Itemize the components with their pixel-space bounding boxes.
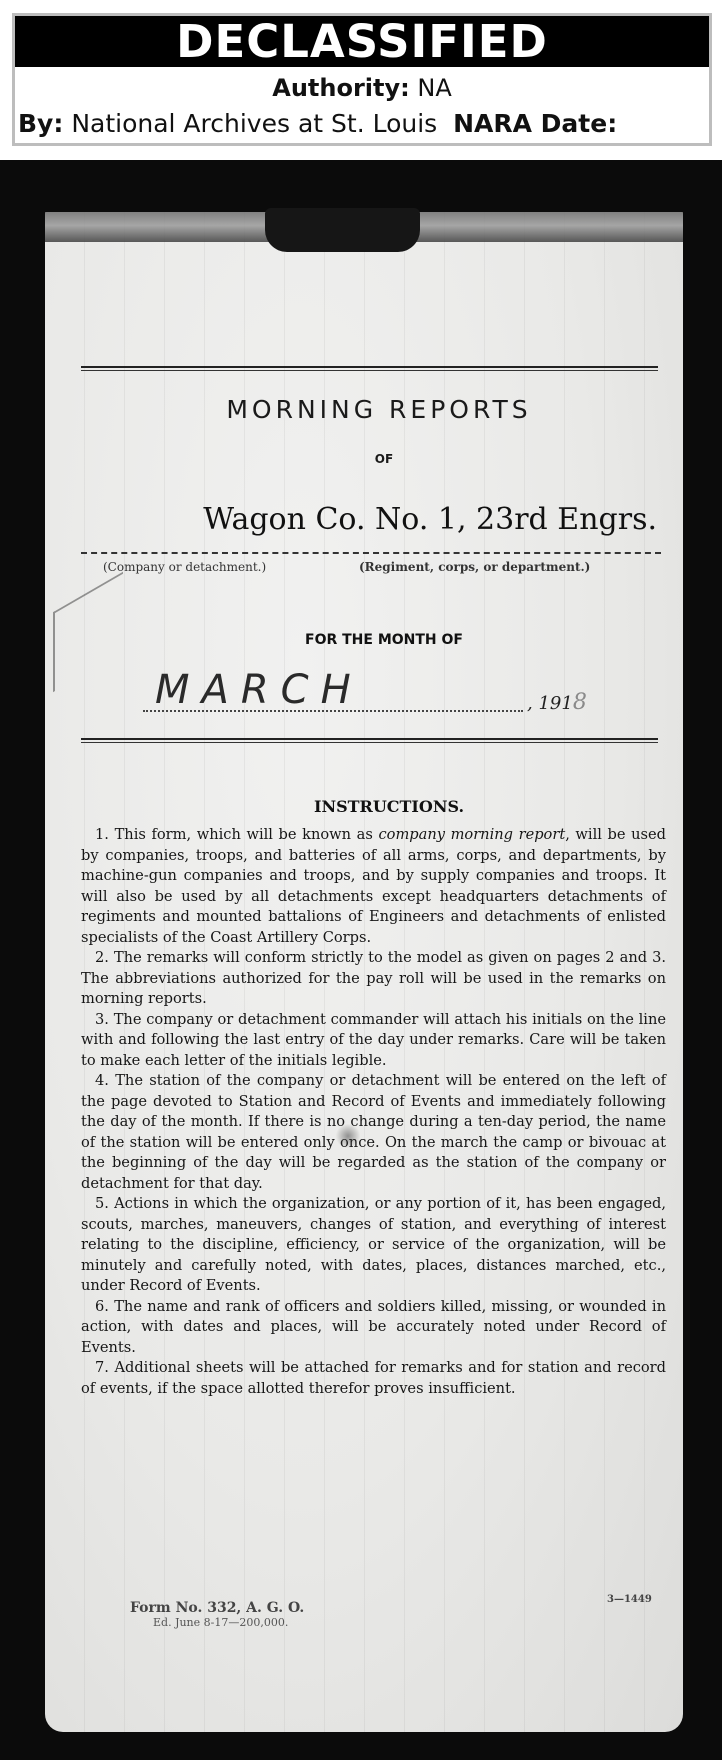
- middle-double-rule: [81, 738, 658, 743]
- regiment-label: (Regiment, corps, or department.): [359, 560, 590, 574]
- stamp-authority: Authority: NA: [15, 69, 709, 107]
- paper-page: MORNING REPORTS OF Wagon Co. No. 1, 23rd…: [45, 212, 683, 1732]
- company-label: (Company or detachment.): [103, 560, 266, 574]
- document-title: MORNING REPORTS: [45, 395, 683, 424]
- instruction-item: 5. Actions in which the organization, or…: [81, 1194, 666, 1297]
- stamp-by-line: By: National Archives at St. Louis NARA …: [15, 107, 709, 141]
- ink-smudge: [335, 1124, 361, 1148]
- scanned-document: MORNING REPORTS OF Wagon Co. No. 1, 23rd…: [0, 160, 722, 1760]
- nara-date-label: NARA Date:: [453, 109, 617, 138]
- month-heading: FOR THE MONTH OF: [45, 632, 683, 648]
- instruction-item: 1. This form, which will be known as com…: [81, 825, 666, 948]
- instruction-item: 7. Additional sheets will be attached fo…: [81, 1358, 666, 1399]
- instructions-heading: INSTRUCTIONS.: [45, 797, 683, 816]
- month-value: MARCH: [155, 667, 363, 713]
- instruction-item: 6. The name and rank of officers and sol…: [81, 1297, 666, 1359]
- by-value: National Archives at St. Louis: [71, 109, 437, 138]
- stamp-title: DECLASSIFIED: [15, 16, 709, 67]
- form-number: Form No. 332, A. G. O.: [130, 1600, 304, 1616]
- year-prefix: , 191: [527, 693, 573, 714]
- instructions-list: 1. This form, which will be known as com…: [81, 825, 666, 1399]
- unit-name-field: Wagon Co. No. 1, 23rd Engrs.: [83, 502, 663, 537]
- instruction-item: 4. The station of the company or detachm…: [81, 1071, 666, 1194]
- authority-label: Authority:: [272, 74, 409, 102]
- binder-clip-icon: [265, 208, 420, 252]
- declassification-stamp: DECLASSIFIED Authority: NA By: National …: [12, 13, 712, 146]
- form-edition: Ed. June 8-17—200,000.: [153, 1616, 288, 1629]
- instruction-item: 2. The remarks will conform strictly to …: [81, 948, 666, 1010]
- year-field: , 1918: [527, 690, 587, 715]
- instruction-item: 3. The company or detachment commander w…: [81, 1010, 666, 1072]
- by-label: By:: [18, 109, 63, 138]
- form-code: 3—1449: [607, 1594, 652, 1605]
- authority-value: NA: [417, 74, 451, 102]
- year-handwritten-digit: 8: [573, 690, 587, 715]
- month-dotted-line: [143, 710, 523, 712]
- top-double-rule: [81, 366, 658, 371]
- unit-dashed-line: [81, 552, 661, 554]
- document-of-label: OF: [45, 452, 683, 466]
